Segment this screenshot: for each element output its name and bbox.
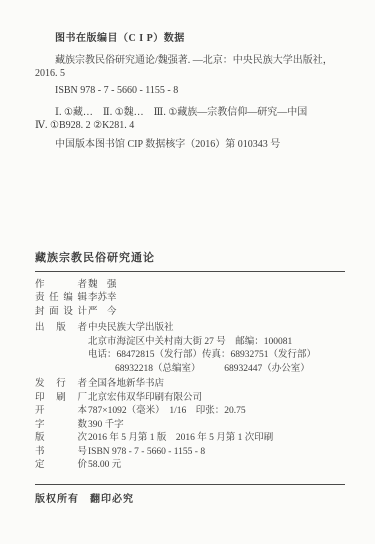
row-label: 责任编辑 bbox=[35, 292, 87, 306]
row-label: 封面设计 bbox=[35, 306, 87, 320]
row-value: 58.00 元 bbox=[87, 459, 121, 473]
row-label: 出版者 bbox=[35, 322, 87, 336]
row-distributor: 发行者 全国各地新华书店 bbox=[35, 378, 345, 392]
row-value: 李苏幸 bbox=[87, 292, 117, 306]
row-value: 严 今 bbox=[87, 306, 117, 320]
row-label: 版次 bbox=[35, 432, 87, 446]
row-word-count: 字数 390 千字 bbox=[35, 419, 345, 433]
row-format: 开本 787×1092（毫米） 1/16 印张：20.75 bbox=[35, 405, 345, 419]
footer-block: 版权所有 翻印必究 bbox=[35, 484, 345, 505]
row-cover-design: 封面设计 严 今 bbox=[35, 306, 345, 320]
row-printer: 印刷厂 北京宏伟双华印刷有限公司 bbox=[35, 392, 345, 406]
row-value: 787×1092（毫米） 1/16 印张：20.75 bbox=[87, 405, 246, 419]
row-label: 字数 bbox=[35, 419, 87, 433]
footer-rule bbox=[35, 484, 345, 485]
row-publisher: 出版者 中央民族大学出版社 bbox=[35, 322, 345, 336]
row-label: 开本 bbox=[35, 405, 87, 419]
row-value: 2016 年 5 月第 1 版 2016 年 5 月第 1 次印刷 bbox=[87, 432, 273, 446]
row-value: 北京宏伟双华印刷有限公司 bbox=[87, 392, 202, 406]
publisher-phone-line-2: 68932218（总编室） 68932447（办公室） bbox=[35, 363, 345, 377]
title-rule bbox=[35, 271, 345, 272]
cip-block: 图书在版编目（C I P）数据 藏族宗教民俗研究通论/魏强著. —北京：中央民族… bbox=[35, 32, 350, 151]
row-editor: 责任编辑 李苏幸 bbox=[35, 292, 345, 306]
row-label: 发行者 bbox=[35, 378, 87, 392]
cip-record-number: 中国版本图书馆 CIP 数据核字（2016）第 010343 号 bbox=[35, 138, 350, 151]
row-author: 作者 魏 强 bbox=[35, 279, 345, 293]
row-label: 定价 bbox=[35, 459, 87, 473]
cip-heading: 图书在版编目（C I P）数据 bbox=[35, 32, 350, 45]
row-edition: 版次 2016 年 5 月第 1 版 2016 年 5 月第 1 次印刷 bbox=[35, 432, 345, 446]
colophon-rows: 作者 魏 强 责任编辑 李苏幸 封面设计 严 今 出版者 中央民族大学出版社 北… bbox=[35, 279, 345, 473]
row-value: 390 千字 bbox=[87, 419, 124, 433]
row-group-publisher: 出版者 中央民族大学出版社 北京市海淀区中关村南大街 27 号 邮编：10008… bbox=[35, 322, 345, 376]
cip-description-line-1: 藏族宗教民俗研究通论/魏强著. —北京：中央民族大学出版社， bbox=[35, 54, 350, 67]
cip-description-line-2: 2016. 5 bbox=[35, 67, 350, 80]
row-value: ISBN 978 - 7 - 5660 - 1155 - 8 bbox=[87, 446, 205, 460]
colophon-block: 藏族宗教民俗研究通论 作者 魏 强 责任编辑 李苏幸 封面设计 严 今 出版者 … bbox=[35, 252, 345, 473]
row-label: 作者 bbox=[35, 279, 87, 293]
row-isbn: 书号 ISBN 978 - 7 - 5660 - 1155 - 8 bbox=[35, 446, 345, 460]
row-label: 印刷厂 bbox=[35, 392, 87, 406]
row-value: 全国各地新华书店 bbox=[87, 378, 164, 392]
book-title: 藏族宗教民俗研究通论 bbox=[35, 252, 345, 266]
copyright-page: 图书在版编目（C I P）数据 藏族宗教民俗研究通论/魏强著. —北京：中央民族… bbox=[0, 0, 375, 544]
row-label: 书号 bbox=[35, 446, 87, 460]
publisher-phone-line-1: 电话：68472815（发行部）传真：68932751（发行部） bbox=[35, 349, 345, 363]
cip-isbn: ISBN 978 - 7 - 5660 - 1155 - 8 bbox=[35, 84, 350, 97]
cip-classification-line-2: Ⅳ. ①B928. 2 ②K281. 4 bbox=[35, 119, 350, 132]
publisher-address: 北京市海淀区中关村南大街 27 号 邮编：100081 bbox=[35, 336, 345, 350]
row-value: 魏 强 bbox=[87, 279, 117, 293]
row-price: 定价 58.00 元 bbox=[35, 459, 345, 473]
cip-classification-line-1: Ⅰ. ①藏… Ⅱ. ①魏… Ⅲ. ①藏族—宗教信仰—研究—中国 bbox=[35, 106, 350, 119]
copyright-notice: 版权所有 翻印必究 bbox=[35, 490, 345, 505]
row-value: 中央民族大学出版社 bbox=[87, 322, 174, 336]
